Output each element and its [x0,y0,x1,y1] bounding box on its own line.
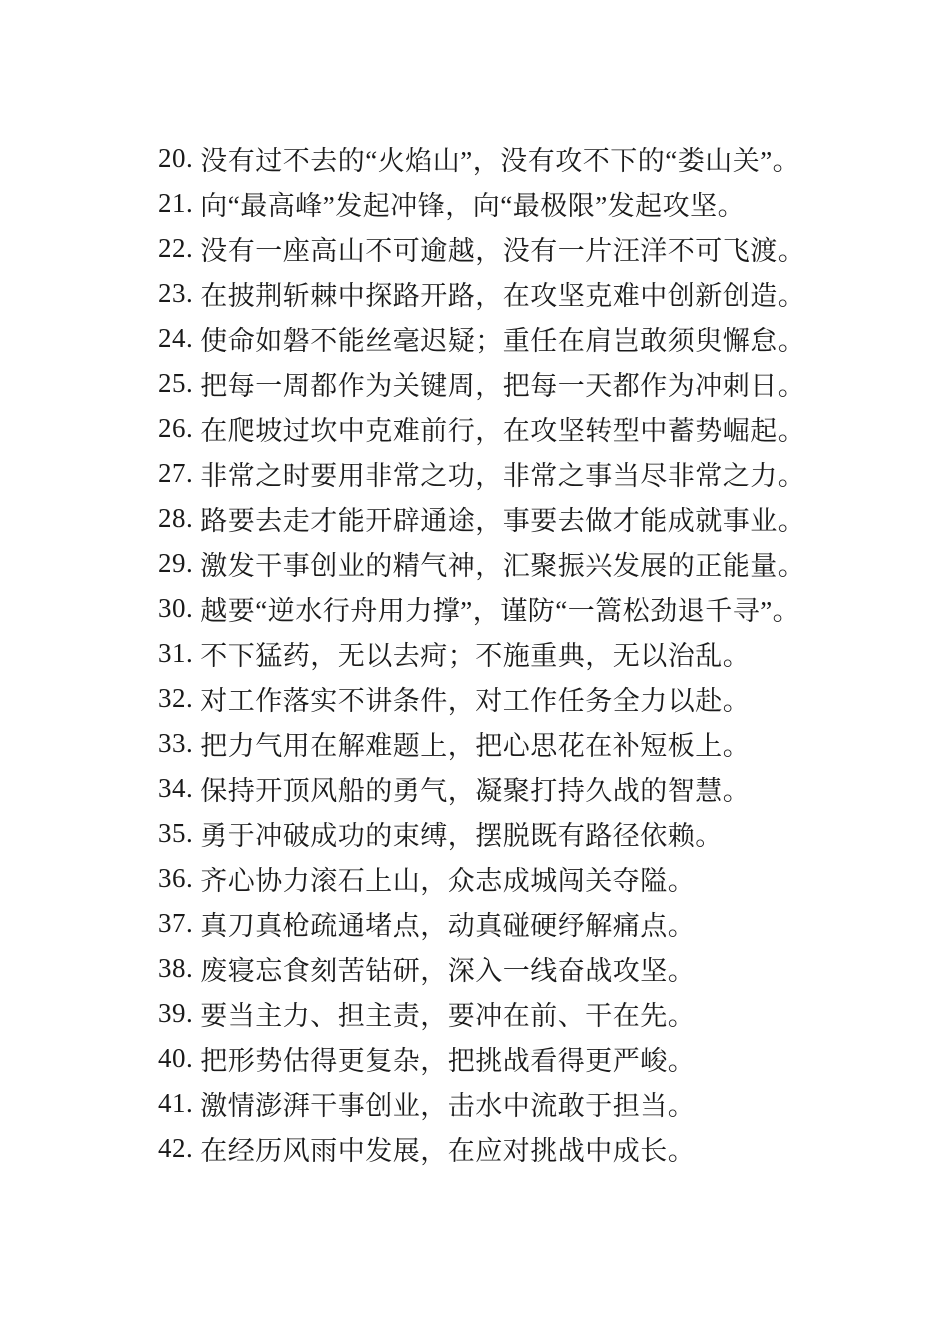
list-item: 22.没有一座高山不可逾越，没有一片汪洋不可飞渡。 [158,226,860,271]
item-text: 把形势估得更复杂，把挑战看得更严峻。 [200,1039,695,1078]
item-text: 向“最高峰”发起冲锋，向“最极限”发起攻坚。 [200,184,745,223]
item-number: 25. [158,368,193,399]
list-item: 35.勇于冲破成功的束缚，摆脱既有路径依赖。 [158,811,860,856]
list-item: 36.齐心协力滚石上山，众志成城闯关夺隘。 [158,856,860,901]
item-number: 30. [158,593,193,624]
item-number: 37. [158,908,193,939]
item-number: 29. [158,548,193,579]
item-text: 不下猛药，无以去疴；不施重典，无以治乱。 [200,634,750,673]
list-item: 23.在披荆斩棘中探路开路，在攻坚克难中创新创造。 [158,271,860,316]
list-item: 34.保持开顶风船的勇气，凝聚打持久战的智慧。 [158,766,860,811]
item-number: 34. [158,773,193,804]
item-text: 勇于冲破成功的束缚，摆脱既有路径依赖。 [200,814,723,853]
list-item: 41.激情澎湃干事创业，击水中流敢于担当。 [158,1081,860,1126]
item-number: 21. [158,188,193,219]
item-text: 没有一座高山不可逾越，没有一片汪洋不可飞渡。 [200,229,805,268]
item-text: 把每一周都作为关键周，把每一天都作为冲刺日。 [200,364,805,403]
list-item: 42.在经历风雨中发展，在应对挑战中成长。 [158,1126,860,1171]
item-text: 使命如磐不能丝毫迟疑；重任在肩岂敢须臾懈怠。 [200,319,805,358]
list-item: 24.使命如磐不能丝毫迟疑；重任在肩岂敢须臾懈怠。 [158,316,860,361]
list-item: 30.越要“逆水行舟用力撑”，谨防“一篙松劲退千寻”。 [158,586,860,631]
item-number: 20. [158,143,193,174]
item-number: 22. [158,233,193,264]
item-text: 路要去走才能开辟通途，事要去做才能成就事业。 [200,499,805,538]
item-number: 35. [158,818,193,849]
item-number: 28. [158,503,193,534]
list-item: 26.在爬坡过坎中克难前行，在攻坚转型中蓄势崛起。 [158,406,860,451]
list-item: 21.向“最高峰”发起冲锋，向“最极限”发起攻坚。 [158,181,860,226]
list-item: 33.把力气用在解难题上，把心思花在补短板上。 [158,721,860,766]
item-number: 24. [158,323,193,354]
list-item: 40.把形势估得更复杂，把挑战看得更严峻。 [158,1036,860,1081]
list-item: 25.把每一周都作为关键周，把每一天都作为冲刺日。 [158,361,860,406]
item-text: 越要“逆水行舟用力撑”，谨防“一篙松劲退千寻”。 [200,589,800,628]
item-number: 41. [158,1088,193,1119]
item-text: 保持开顶风船的勇气，凝聚打持久战的智慧。 [200,769,750,808]
item-number: 40. [158,1043,193,1074]
list-item: 32.对工作落实不讲条件，对工作任务全力以赴。 [158,676,860,721]
item-text: 废寝忘食刻苦钻研，深入一线奋战攻坚。 [200,949,695,988]
list-item: 29.激发干事创业的精气神，汇聚振兴发展的正能量。 [158,541,860,586]
list-item: 39.要当主力、担主责，要冲在前、干在先。 [158,991,860,1036]
item-text: 真刀真枪疏通堵点，动真碰硬纾解痛点。 [200,904,695,943]
item-text: 激情澎湃干事创业，击水中流敢于担当。 [200,1084,695,1123]
item-text: 在经历风雨中发展，在应对挑战中成长。 [200,1129,695,1168]
item-number: 39. [158,998,193,1029]
list-item: 27.非常之时要用非常之功，非常之事当尽非常之力。 [158,451,860,496]
item-number: 23. [158,278,193,309]
item-number: 38. [158,953,193,984]
item-text: 要当主力、担主责，要冲在前、干在先。 [200,994,695,1033]
item-text: 激发干事创业的精气神，汇聚振兴发展的正能量。 [200,544,805,583]
list-item: 37.真刀真枪疏通堵点，动真碰硬纾解痛点。 [158,901,860,946]
item-text: 在爬坡过坎中克难前行，在攻坚转型中蓄势崛起。 [200,409,805,448]
list-item: 28.路要去走才能开辟通途，事要去做才能成就事业。 [158,496,860,541]
item-text: 把力气用在解难题上，把心思花在补短板上。 [200,724,750,763]
item-number: 42. [158,1133,193,1164]
item-text: 没有过不去的“火焰山”，没有攻不下的“娄山关”。 [200,139,800,178]
item-text: 非常之时要用非常之功，非常之事当尽非常之力。 [200,454,805,493]
list-item: 31.不下猛药，无以去疴；不施重典，无以治乱。 [158,631,860,676]
item-text: 在披荆斩棘中探路开路，在攻坚克难中创新创造。 [200,274,805,313]
item-text: 对工作落实不讲条件，对工作任务全力以赴。 [200,679,750,718]
document-page: 20.没有过不去的“火焰山”，没有攻不下的“娄山关”。 21.向“最高峰”发起冲… [0,0,950,1344]
item-number: 31. [158,638,193,669]
item-number: 26. [158,413,193,444]
list-item: 38.废寝忘食刻苦钻研，深入一线奋战攻坚。 [158,946,860,991]
item-text: 齐心协力滚石上山，众志成城闯关夺隘。 [200,859,695,898]
item-number: 27. [158,458,193,489]
item-number: 32. [158,683,193,714]
item-number: 36. [158,863,193,894]
list-item: 20.没有过不去的“火焰山”，没有攻不下的“娄山关”。 [158,136,860,181]
item-number: 33. [158,728,193,759]
